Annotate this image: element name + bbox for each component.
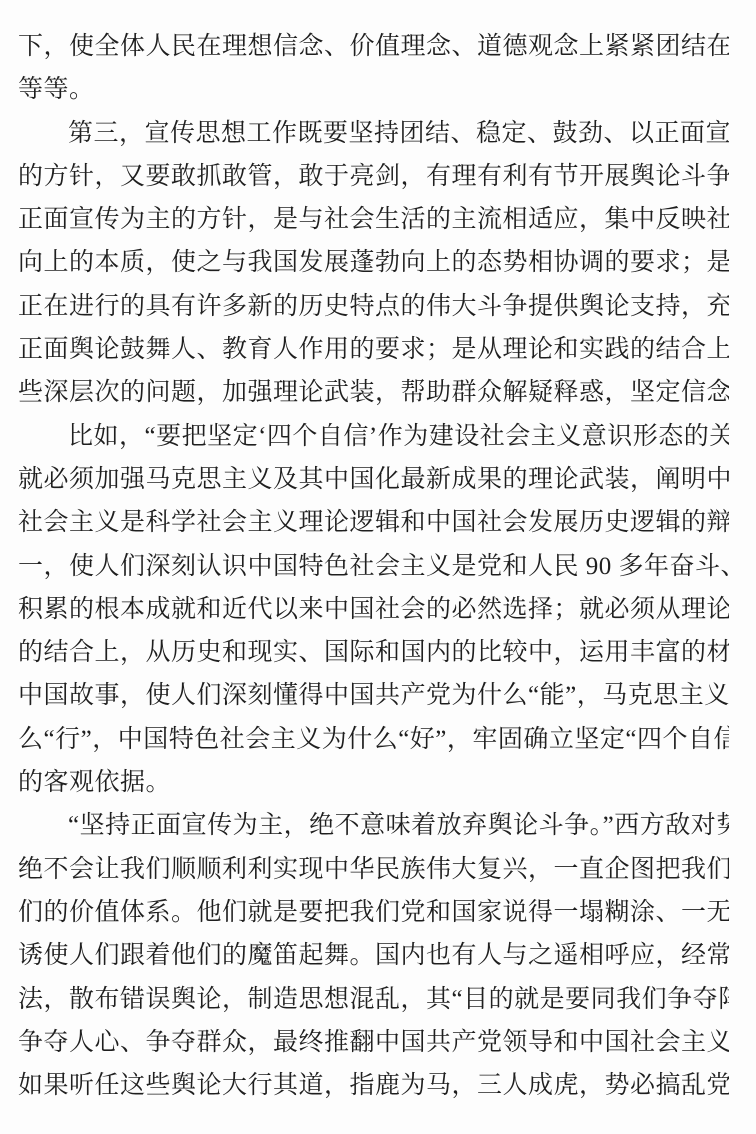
text-line: 第三，宣传思想工作既要坚持团结、稳定、鼓劲、以正面宣传为主 <box>18 112 729 155</box>
paragraph: 下，使全体人民在理想信念、价值理念、道德观念上紧紧团结在一起，等等。 <box>18 25 729 112</box>
text-line: 积累的根本成就和近代以来中国社会的必然选择；就必须从理论和实践 <box>18 588 729 631</box>
paragraph: 比如，“要把坚定‘四个自信’作为建设社会主义意识形态的关键”，就必须加强马克思主… <box>18 415 729 805</box>
text-line: 一，使人们深刻认识中国特色社会主义是党和人民 90 多年奋斗、创造、 <box>18 545 729 588</box>
text-line: 正面舆论鼓舞人、教育人作用的要求；是从理论和实践的结合上阐明一 <box>18 328 729 371</box>
text-line: 争夺人心、争夺群众，最终推翻中国共产党领导和中国社会主义制度。 <box>18 1021 729 1064</box>
text-line: “坚持正面宣传为主，绝不意味着放弃舆论斗争。”西方敌对势力 <box>18 804 729 847</box>
text-line: 么“行”，中国特色社会主义为什么“好”，牢固确立坚定“四个自信” <box>18 718 729 761</box>
paragraph: 第三，宣传思想工作既要坚持团结、稳定、鼓劲、以正面宣传为主的方针，又要敢抓敢管，… <box>18 112 729 415</box>
text-body: 下，使全体人民在理想信念、价值理念、道德观念上紧紧团结在一起，等等。第三，宣传思… <box>18 25 729 1107</box>
document-page: 下，使全体人民在理想信念、价值理念、道德观念上紧紧团结在一起，等等。第三，宣传思… <box>0 0 756 1134</box>
paragraph: “坚持正面宣传为主，绝不意味着放弃舆论斗争。”西方敌对势力绝不会让我们顺顺利利实… <box>18 804 729 1107</box>
text-line: 中国故事，使人们深刻懂得中国共产党为什么“能”，马克思主义为什 <box>18 674 729 717</box>
text-line: 如果听任这些舆论大行其道，指鹿为马，三人成虎，势必搞乱党心民心， <box>18 1064 729 1107</box>
text-line: 比如，“要把坚定‘四个自信’作为建设社会主义意识形态的关键”， <box>18 415 729 458</box>
text-line: 们的价值体系。他们就是要把我们党和国家说得一塌糊涂、一无是处， <box>18 891 729 934</box>
text-line: 法，散布错误舆论，制造思想混乱，其“目的就是要同我们争夺阵地、 <box>18 978 729 1021</box>
text-line: 向上的本质，使之与我国发展蓬勃向上的态势相协调的要求；是为我们 <box>18 241 729 284</box>
text-line: 些深层次的问题，加强理论武装，帮助群众解疑释惑，坚定信念的需要。 <box>18 371 729 414</box>
text-line: 下，使全体人民在理想信念、价值理念、道德观念上紧紧团结在一起， <box>18 25 729 68</box>
text-line: 诱使人们跟着他们的魔笛起舞。国内也有人与之遥相呼应，经常变换手 <box>18 934 729 977</box>
text-line: 绝不会让我们顺顺利利实现中华民族伟大复兴，一直企图把我们纳入他 <box>18 848 729 891</box>
text-line: 的方针，又要敢抓敢管，敢于亮剑，有理有利有节开展舆论斗争。坚持 <box>18 155 729 198</box>
text-line: 就必须加强马克思主义及其中国化最新成果的理论武装，阐明中国特色 <box>18 458 729 501</box>
text-line: 正在进行的具有许多新的历史特点的伟大斗争提供舆论支持，充分发挥 <box>18 285 729 328</box>
text-line: 的结合上，从历史和现实、国际和国内的比较中，运用丰富的材料讲好 <box>18 631 729 674</box>
text-line: 正面宣传为主的方针，是与社会生活的主流相适应，集中反映社会健康 <box>18 198 729 241</box>
text-line: 的客观依据。 <box>18 761 729 804</box>
text-line: 等等。 <box>18 68 729 111</box>
text-line: 社会主义是科学社会主义理论逻辑和中国社会发展历史逻辑的辩证统 <box>18 501 729 544</box>
